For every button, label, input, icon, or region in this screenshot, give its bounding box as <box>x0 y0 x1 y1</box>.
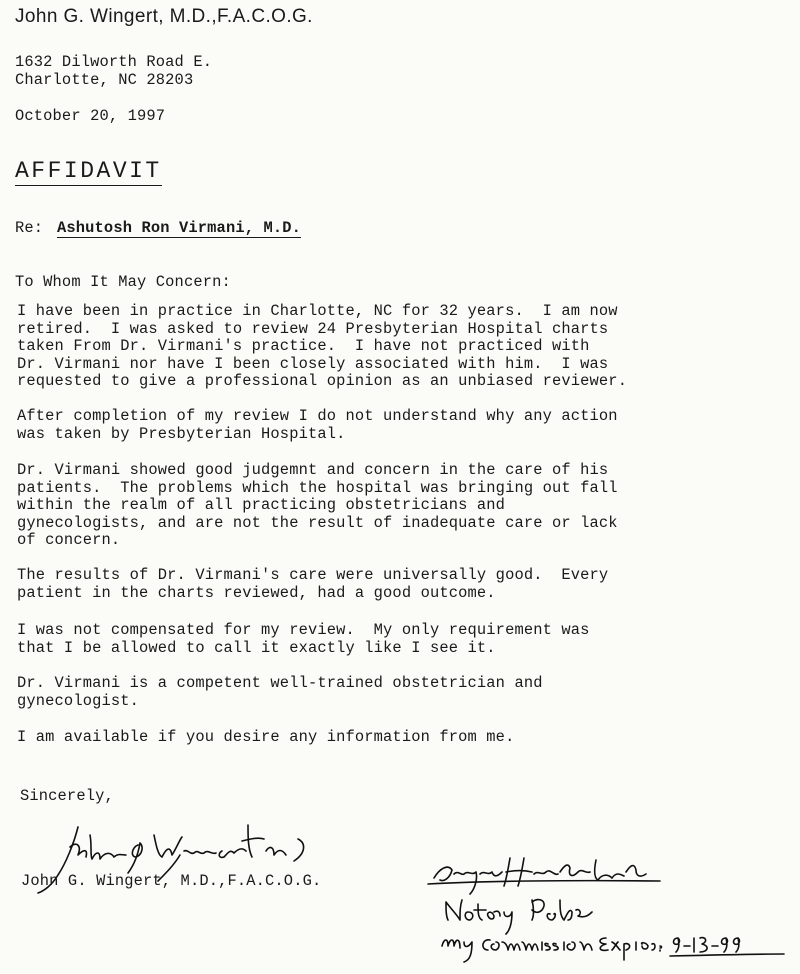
body-paragraph: I am available if you desire any informa… <box>17 729 514 747</box>
commission-label <box>442 938 662 962</box>
letterhead-name: John G. Wingert, M.D.,F.A.C.O.G. <box>15 6 313 28</box>
signer-typed-name: John G. Wingert, M.D.,F.A.C.O.G. <box>21 872 321 890</box>
notary-title <box>446 900 592 934</box>
closing: Sincerely, <box>20 787 114 805</box>
letter-date: October 20, 1997 <box>15 107 165 125</box>
address-line-1: 1632 Dilworth Road E. <box>15 53 212 71</box>
body-paragraph: The results of Dr. Virmani's care were u… <box>17 567 608 602</box>
body-paragraph: After completion of my review I do not u… <box>17 408 618 443</box>
address-line-2: Charlotte, NC 28203 <box>15 71 193 89</box>
notary-block <box>420 850 800 974</box>
notary-signature <box>434 858 646 894</box>
salutation: To Whom It May Concern: <box>15 273 231 291</box>
re-subject: Ashutosh Ron Virmani, M.D. <box>57 219 301 238</box>
re-label: Re: <box>15 219 43 237</box>
commission-expiry-date <box>674 938 740 952</box>
body-paragraph: Dr. Virmani showed good judgemnt and con… <box>17 462 618 550</box>
body-paragraph: I have been in practice in Charlotte, NC… <box>17 303 627 391</box>
body-paragraph: Dr. Virmani is a competent well-trained … <box>17 675 543 710</box>
body-paragraph: I was not compensated for my review. My … <box>17 622 590 657</box>
document-title: AFFIDAVIT <box>15 158 162 186</box>
